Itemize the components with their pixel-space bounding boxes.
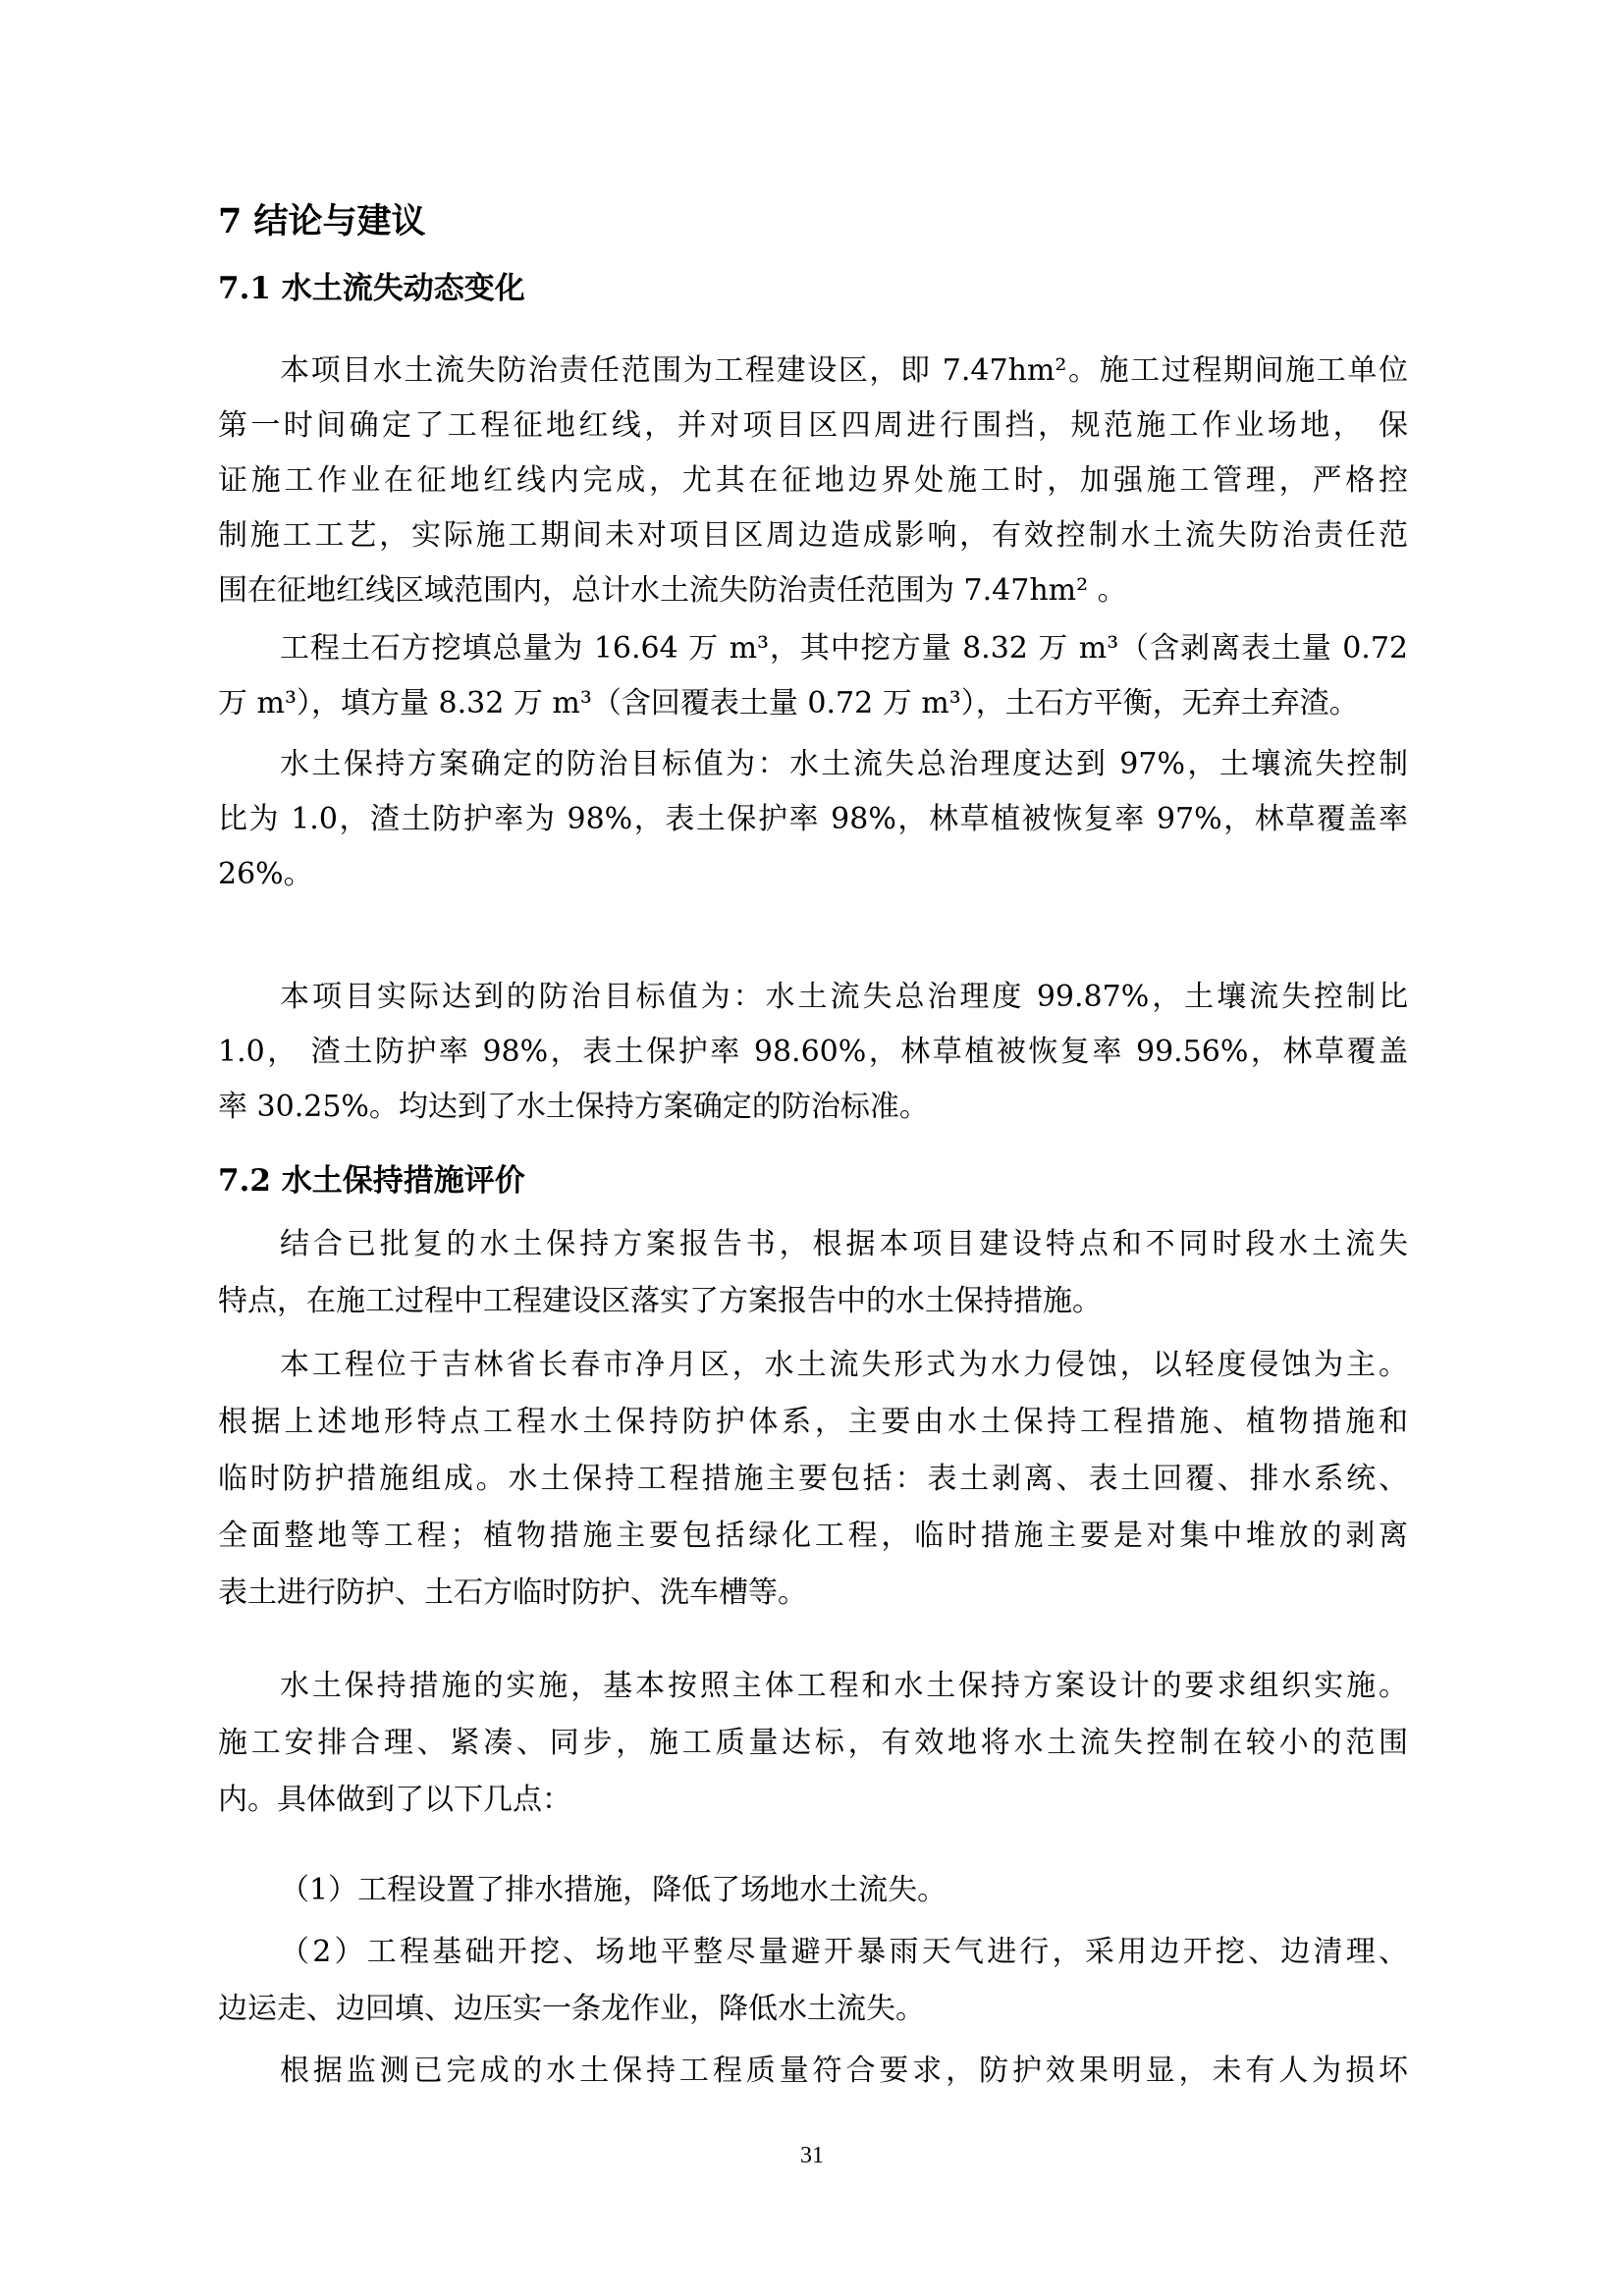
text-line: 施工安排合理、紧凑、同步，施工质量达标，有效地将水土流失控制在较小的范围 <box>218 1726 1408 1761</box>
text-line: 水土保持措施的实施，基本按照主体工程和水土保持方案设计的要求组织实施。 <box>280 1669 1408 1704</box>
document-page: 7 结论与建议 7.1 水土流失动态变化 本项目水土流失防治责任范围为工程建设区… <box>0 0 1624 2296</box>
text-line: （1）工程设置了排水措施，降低了场地水土流失。 <box>280 1873 1408 1908</box>
section-heading-7-2: 7.2 水土保持措施评价 <box>218 1163 525 1199</box>
text-line: 比为 1.0，渣土防护率为 98%，表土保护率 98%，林草植被恢复率 97%，… <box>218 802 1408 837</box>
text-line: 26%。 <box>218 857 1408 892</box>
text-line: （2）工程基础开挖、场地平整尽量避开暴雨天气进行，采用边开挖、边清理、 <box>280 1935 1408 1970</box>
text-line: 水土保持方案确定的防治目标值为：水土流失总治理度达到 97%，土壤流失控制 <box>280 747 1408 782</box>
text-line: 本项目水土流失防治责任范围为工程建设区，即 7.47hm²。施工过程期间施工单位 <box>280 353 1408 389</box>
text-line: 全面整地等工程；植物措施主要包括绿化工程，临时措施主要是对集中堆放的剥离 <box>218 1519 1408 1554</box>
text-line: 工程土石方挖填总量为 16.64 万 m³，其中挖方量 8.32 万 m³（含剥… <box>280 631 1408 667</box>
text-line: 根据监测已完成的水土保持工程质量符合要求，防护效果明显，未有人为损坏 <box>280 2054 1408 2089</box>
text-line: 本项目实际达到的防治目标值为：水土流失总治理度 99.87%，土壤流失控制比 <box>280 980 1408 1015</box>
chapter-title: 7 结论与建议 <box>218 202 426 241</box>
text-line: 围在征地红线区域范围内，总计水土流失防治责任范围为 7.47hm² 。 <box>218 573 1408 609</box>
text-line: 本工程位于吉林省长春市净月区，水土流失形式为水力侵蚀，以轻度侵蚀为主。 <box>280 1348 1408 1383</box>
text-line: 第一时间确定了工程征地红线，并对项目区四周进行围挡，规范施工作业场地， 保 <box>218 408 1408 444</box>
section-heading-7-1: 7.1 水土流失动态变化 <box>218 271 525 306</box>
text-line: 证施工作业在征地红线内完成，尤其在征地边界处施工时，加强施工管理，严格控 <box>218 463 1408 499</box>
text-line: 表土进行防护、土石方临时防护、洗车槽等。 <box>218 1575 1408 1611</box>
text-line: 临时防护措施组成。水土保持工程措施主要包括：表土剥离、表土回覆、排水系统、 <box>218 1462 1408 1497</box>
text-line: 特点，在施工过程中工程建设区落实了方案报告中的水土保持措施。 <box>218 1284 1408 1319</box>
text-line: 率 30.25%。均达到了水土保持方案确定的防治标准。 <box>218 1090 1408 1125</box>
text-line: 根据上述地形特点工程水土保持防护体系，主要由水土保持工程措施、植物措施和 <box>218 1405 1408 1440</box>
text-line: 制施工工艺，实际施工期间未对项目区周边造成影响，有效控制水土流失防治责任范 <box>218 518 1408 554</box>
text-line: 结合已批复的水土保持方案报告书，根据本项目建设特点和不同时段水土流失 <box>280 1227 1408 1262</box>
text-line: 万 m³），填方量 8.32 万 m³（含回覆表土量 0.72 万 m³），土石… <box>218 686 1408 721</box>
text-line: 边运走、边回填、边压实一条龙作业，降低水土流失。 <box>218 1992 1408 2027</box>
text-line: 1.0， 渣土防护率 98%，表土保护率 98.60%，林草植被恢复率 99.5… <box>218 1035 1408 1070</box>
page-number: 31 <box>0 2142 1624 2169</box>
text-line: 内。具体做到了以下几点： <box>218 1783 1408 1818</box>
